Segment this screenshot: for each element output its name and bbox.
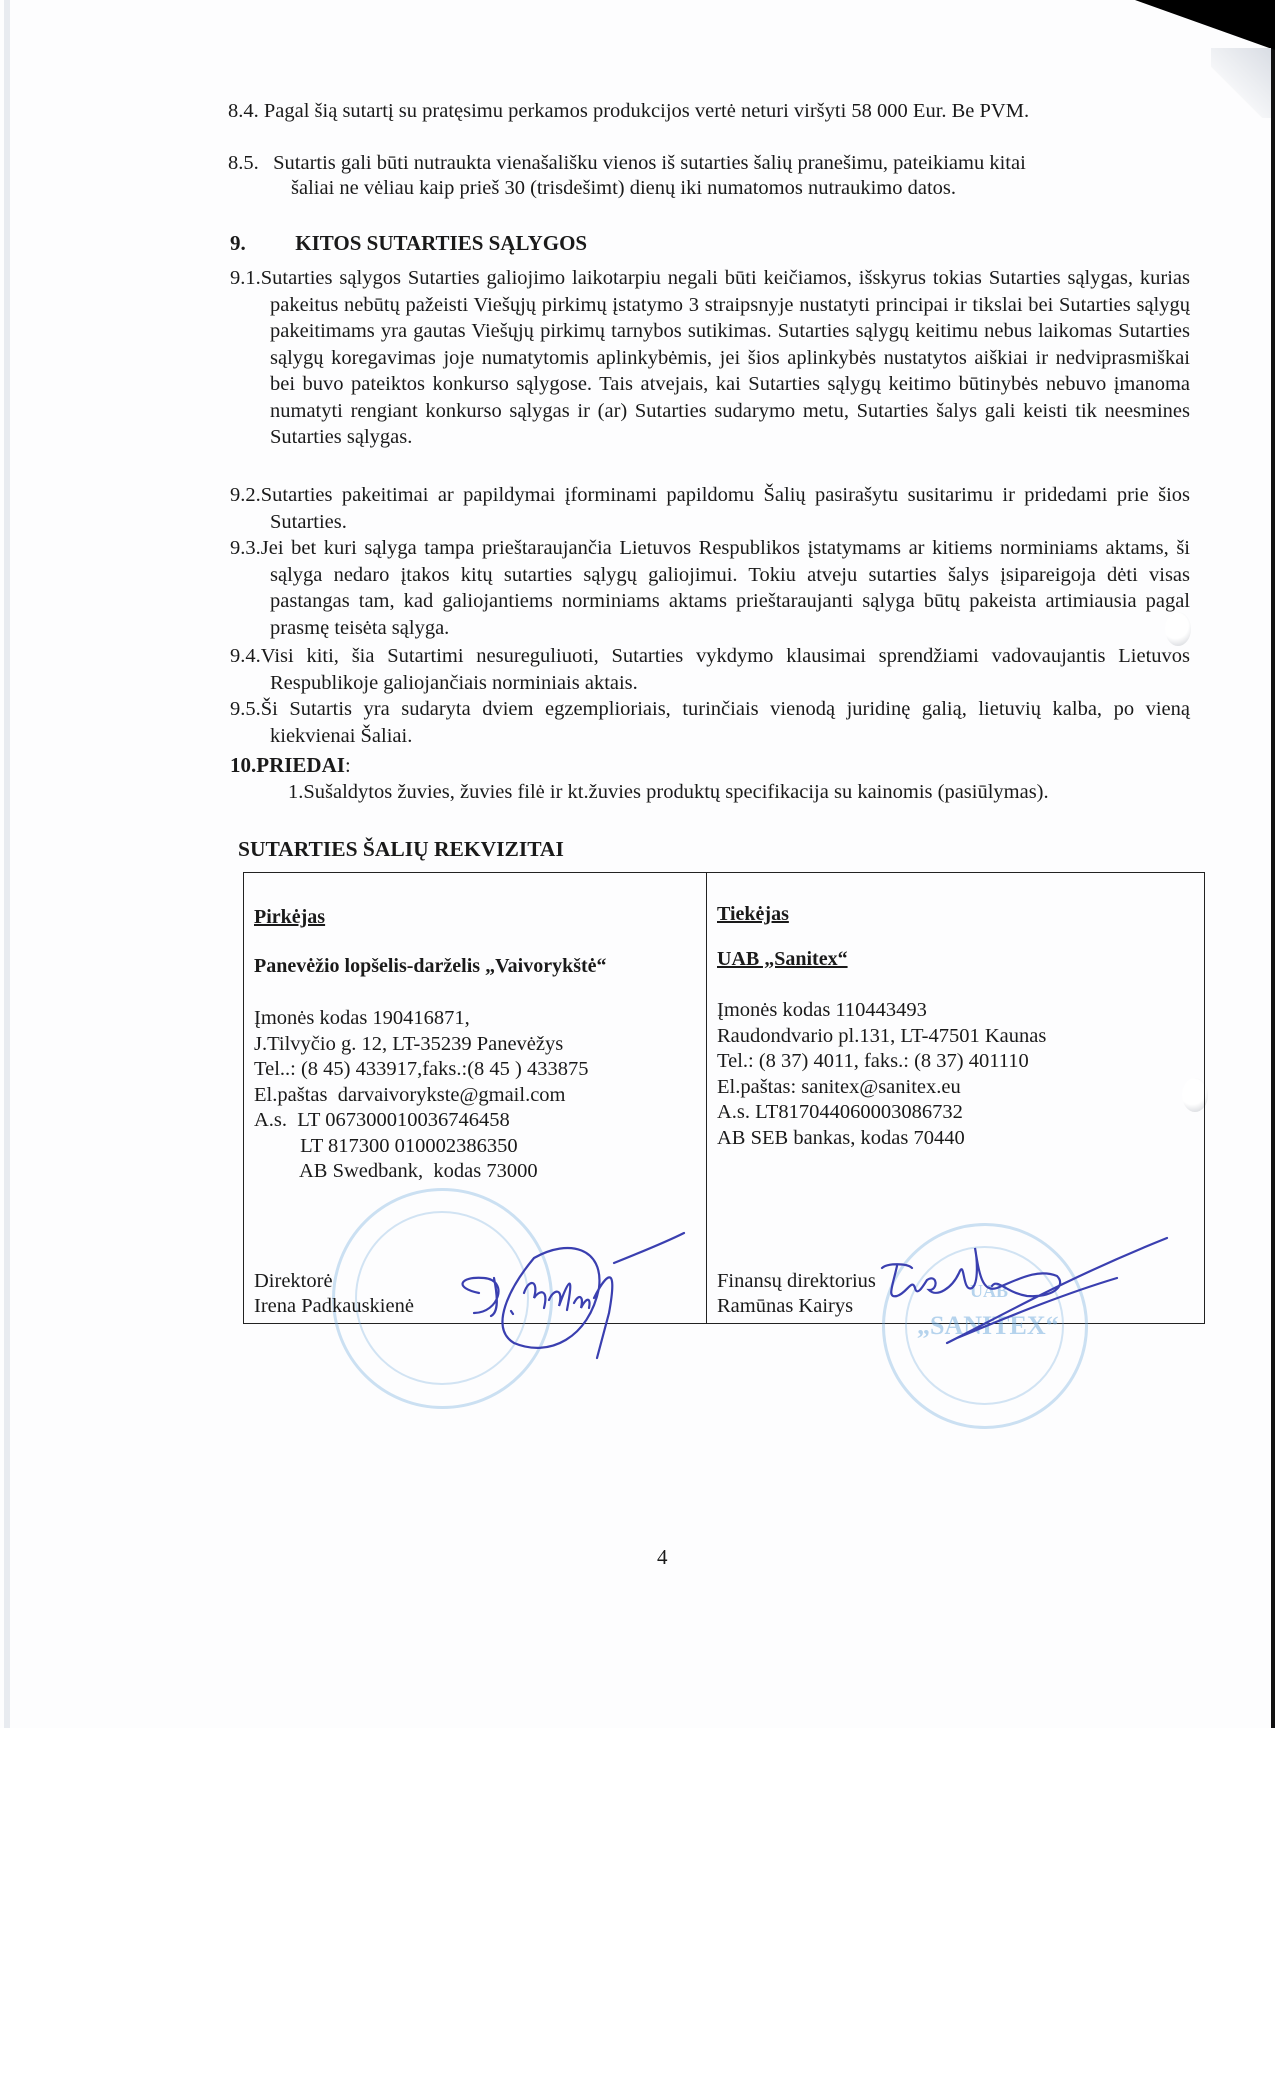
supplier-signatory-name: Ramūnas Kairys [717,1294,876,1319]
clause-text-line1: Sutartis gali būti nutraukta vienašališk… [273,152,1026,174]
buyer-phone: Tel..: (8 45) 433917,faks.:(8 45 ) 43387… [254,1057,589,1083]
supplier-details: Įmonės kodas 110443493 Raudondvario pl.1… [717,998,1046,1151]
clause-text: Jei bet kuri sąlyga tampa prieštaraujanč… [261,537,1190,639]
supplier-email: El.paštas: sanitex@sanitex.eu [717,1075,1046,1101]
clause-9-2: 9.2.Sutarties pakeitimai ar papildymai į… [230,482,1190,535]
buyer-name: Panevėžio lopšelis-darželis „Vaivorykštė… [254,955,607,978]
supplier-signature [867,1218,1187,1358]
supplier-signatory-title: Finansų direktorius [717,1269,876,1294]
buyer-bank: AB Swedbank, kodas 73000 [254,1159,589,1185]
clause-text: Pagal šią sutartį su pratęsimu perkamos … [264,100,1029,122]
clause-text: Sutarties pakeitimai ar papildymai įform… [261,484,1190,533]
supplier-company-code: Įmonės kodas 110443493 [717,998,1046,1024]
page-number: 4 [657,1545,668,1570]
clause-text: Ši Sutartis yra sudaryta dviem egzemplio… [261,698,1190,747]
annex-text: 1.Sušaldytos žuvies, žuvies filė ir kt.ž… [288,781,1049,803]
buyer-label: Pirkėjas [254,906,325,929]
buyer-account-1: A.s. LT 067300010036746458 [254,1108,589,1134]
supplier-stamp: „SANITEX“ UAB [882,1223,1088,1429]
buyer-company-code: Įmonės kodas 190416871, [254,1006,589,1032]
section-title: KITOS SUTARTIES SĄLYGOS [295,231,587,255]
folded-corner-shadow [1211,48,1271,118]
clause-9-3: 9.3.Jei bet kuri sąlyga tampa prieštarau… [230,535,1190,641]
buyer-signature [439,1218,689,1368]
scanned-page: 8.4. Pagal šią sutartį su pratęsimu perk… [0,0,1275,1728]
supplier-stamp-small: UAB [970,1281,1008,1302]
supplier-label: Tiekėjas [717,903,789,926]
clause-number: 9.2. [230,484,261,506]
buyer-signatory: Direktorė Irena Padkauskienė [254,1269,414,1319]
section-9-heading: 9. KITOS SUTARTIES SĄLYGOS [230,230,587,257]
clause-number: 9.5. [230,698,261,720]
scan-edge-right [1271,0,1275,1728]
clause-9-1: 9.1.Sutarties sąlygos Sutarties galiojim… [230,265,1190,451]
clause-number: 9.3. [230,537,261,559]
clause-9-5: 9.5.Ši Sutartis yra sudaryta dviem egzem… [230,696,1190,749]
buyer-account-2: LT 817300 010002386350 [254,1134,589,1160]
buyer-email: El.paštas darvaivorykste@gmail.com [254,1083,589,1109]
clause-number: 9.1. [230,267,261,289]
annex-item-1: 1.Sušaldytos žuvies, žuvies filė ir kt.ž… [288,779,1208,806]
supplier-stamp-text: „SANITEX“ [917,1311,1059,1341]
supplier-account: A.s. LT817044060003086732 [717,1100,1046,1126]
clause-number: 9.4. [230,645,261,667]
buyer-cell: Pirkėjas Panevėžio lopšelis-darželis „Va… [244,873,707,1324]
clause-8-5: 8.5. Sutartis gali būti nutraukta vienaš… [228,150,1188,177]
section-title: 10.PRIEDAI [230,753,345,777]
supplier-cell: Tiekėjas UAB „Sanitex“ Įmonės kodas 1104… [707,873,1205,1324]
supplier-name: UAB „Sanitex“ [717,948,848,971]
folded-corner [1135,0,1275,50]
clause-text-line2: šaliai ne vėliau kaip prieš 30 (trisdeši… [291,177,956,199]
requisites-table: Pirkėjas Panevėžio lopšelis-darželis „Va… [243,872,1205,1324]
section-colon: : [345,755,351,777]
clause-8-5-cont: šaliai ne vėliau kaip prieš 30 (trisdeši… [291,175,1191,202]
requisites-title: SUTARTIES ŠALIŲ REKVIZITAI [238,837,564,862]
clause-number: 8.5. [228,150,268,177]
buyer-address: J.Tilvyčio g. 12, LT-35239 Panevėžys [254,1032,589,1058]
clause-text: Visi kiti, šia Sutartimi nesureguliuoti,… [261,645,1190,694]
buyer-details: Įmonės kodas 190416871, J.Tilvyčio g. 12… [254,1006,589,1185]
supplier-address: Raudondvario pl.131, LT-47501 Kaunas [717,1024,1046,1050]
clause-8-4: 8.4. Pagal šią sutartį su pratęsimu perk… [228,98,1188,125]
buyer-signatory-title: Direktorė [254,1269,414,1294]
section-number: 9. [230,230,290,257]
clause-number: 8.4. [228,100,259,122]
section-10-heading: 10.PRIEDAI: [230,752,351,780]
supplier-bank: AB SEB bankas, kodas 70440 [717,1126,1046,1152]
supplier-phone: Tel.: (8 37) 4011, faks.: (8 37) 401110 [717,1049,1046,1075]
supplier-signatory: Finansų direktorius Ramūnas Kairys [717,1269,876,1319]
clause-text: Sutarties sąlygos Sutarties galiojimo la… [261,267,1190,448]
clause-9-4: 9.4.Visi kiti, šia Sutartimi nesureguliu… [230,643,1190,696]
buyer-signatory-name: Irena Padkauskienė [254,1294,414,1319]
scan-edge-left [4,0,10,1728]
